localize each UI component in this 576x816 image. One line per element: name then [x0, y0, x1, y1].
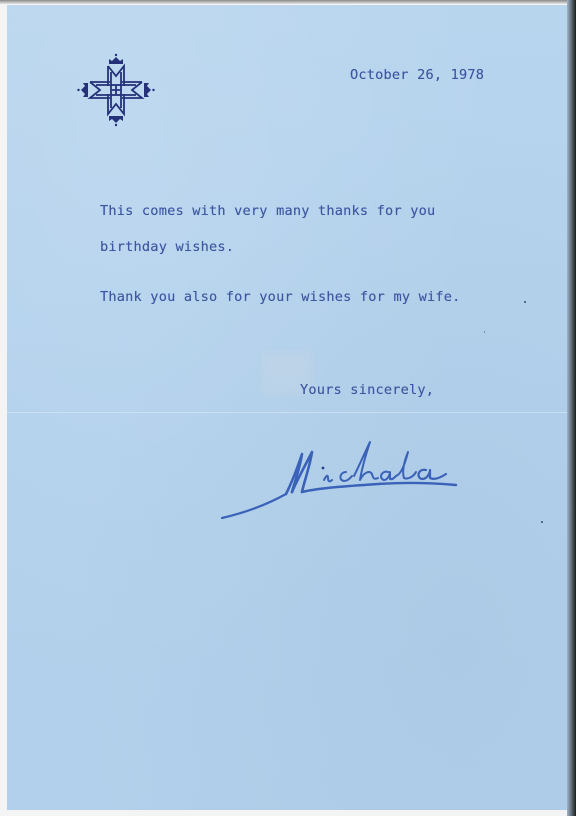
paper-speck — [524, 301, 526, 303]
body-paragraph-1-line-2: birthday wishes. — [100, 239, 234, 255]
paper-fold-line — [7, 412, 567, 413]
paper-speck — [541, 521, 543, 523]
handwritten-signature — [218, 438, 468, 526]
royal-cross-monogram-icon — [76, 52, 156, 128]
scan-top-edge — [0, 0, 576, 4]
paper-speck — [484, 331, 485, 333]
letter-closing: Yours sincerely, — [300, 382, 434, 398]
letter-date: October 26, 1978 — [350, 67, 484, 83]
scan-right-edge — [567, 0, 576, 816]
scanned-letter: October 26, 1978 This comes with very ma… — [0, 0, 576, 816]
body-paragraph-1-line-1: This comes with very many thanks for you — [100, 203, 435, 219]
body-paragraph-2-line-1: Thank you also for your wishes for my wi… — [100, 289, 461, 305]
